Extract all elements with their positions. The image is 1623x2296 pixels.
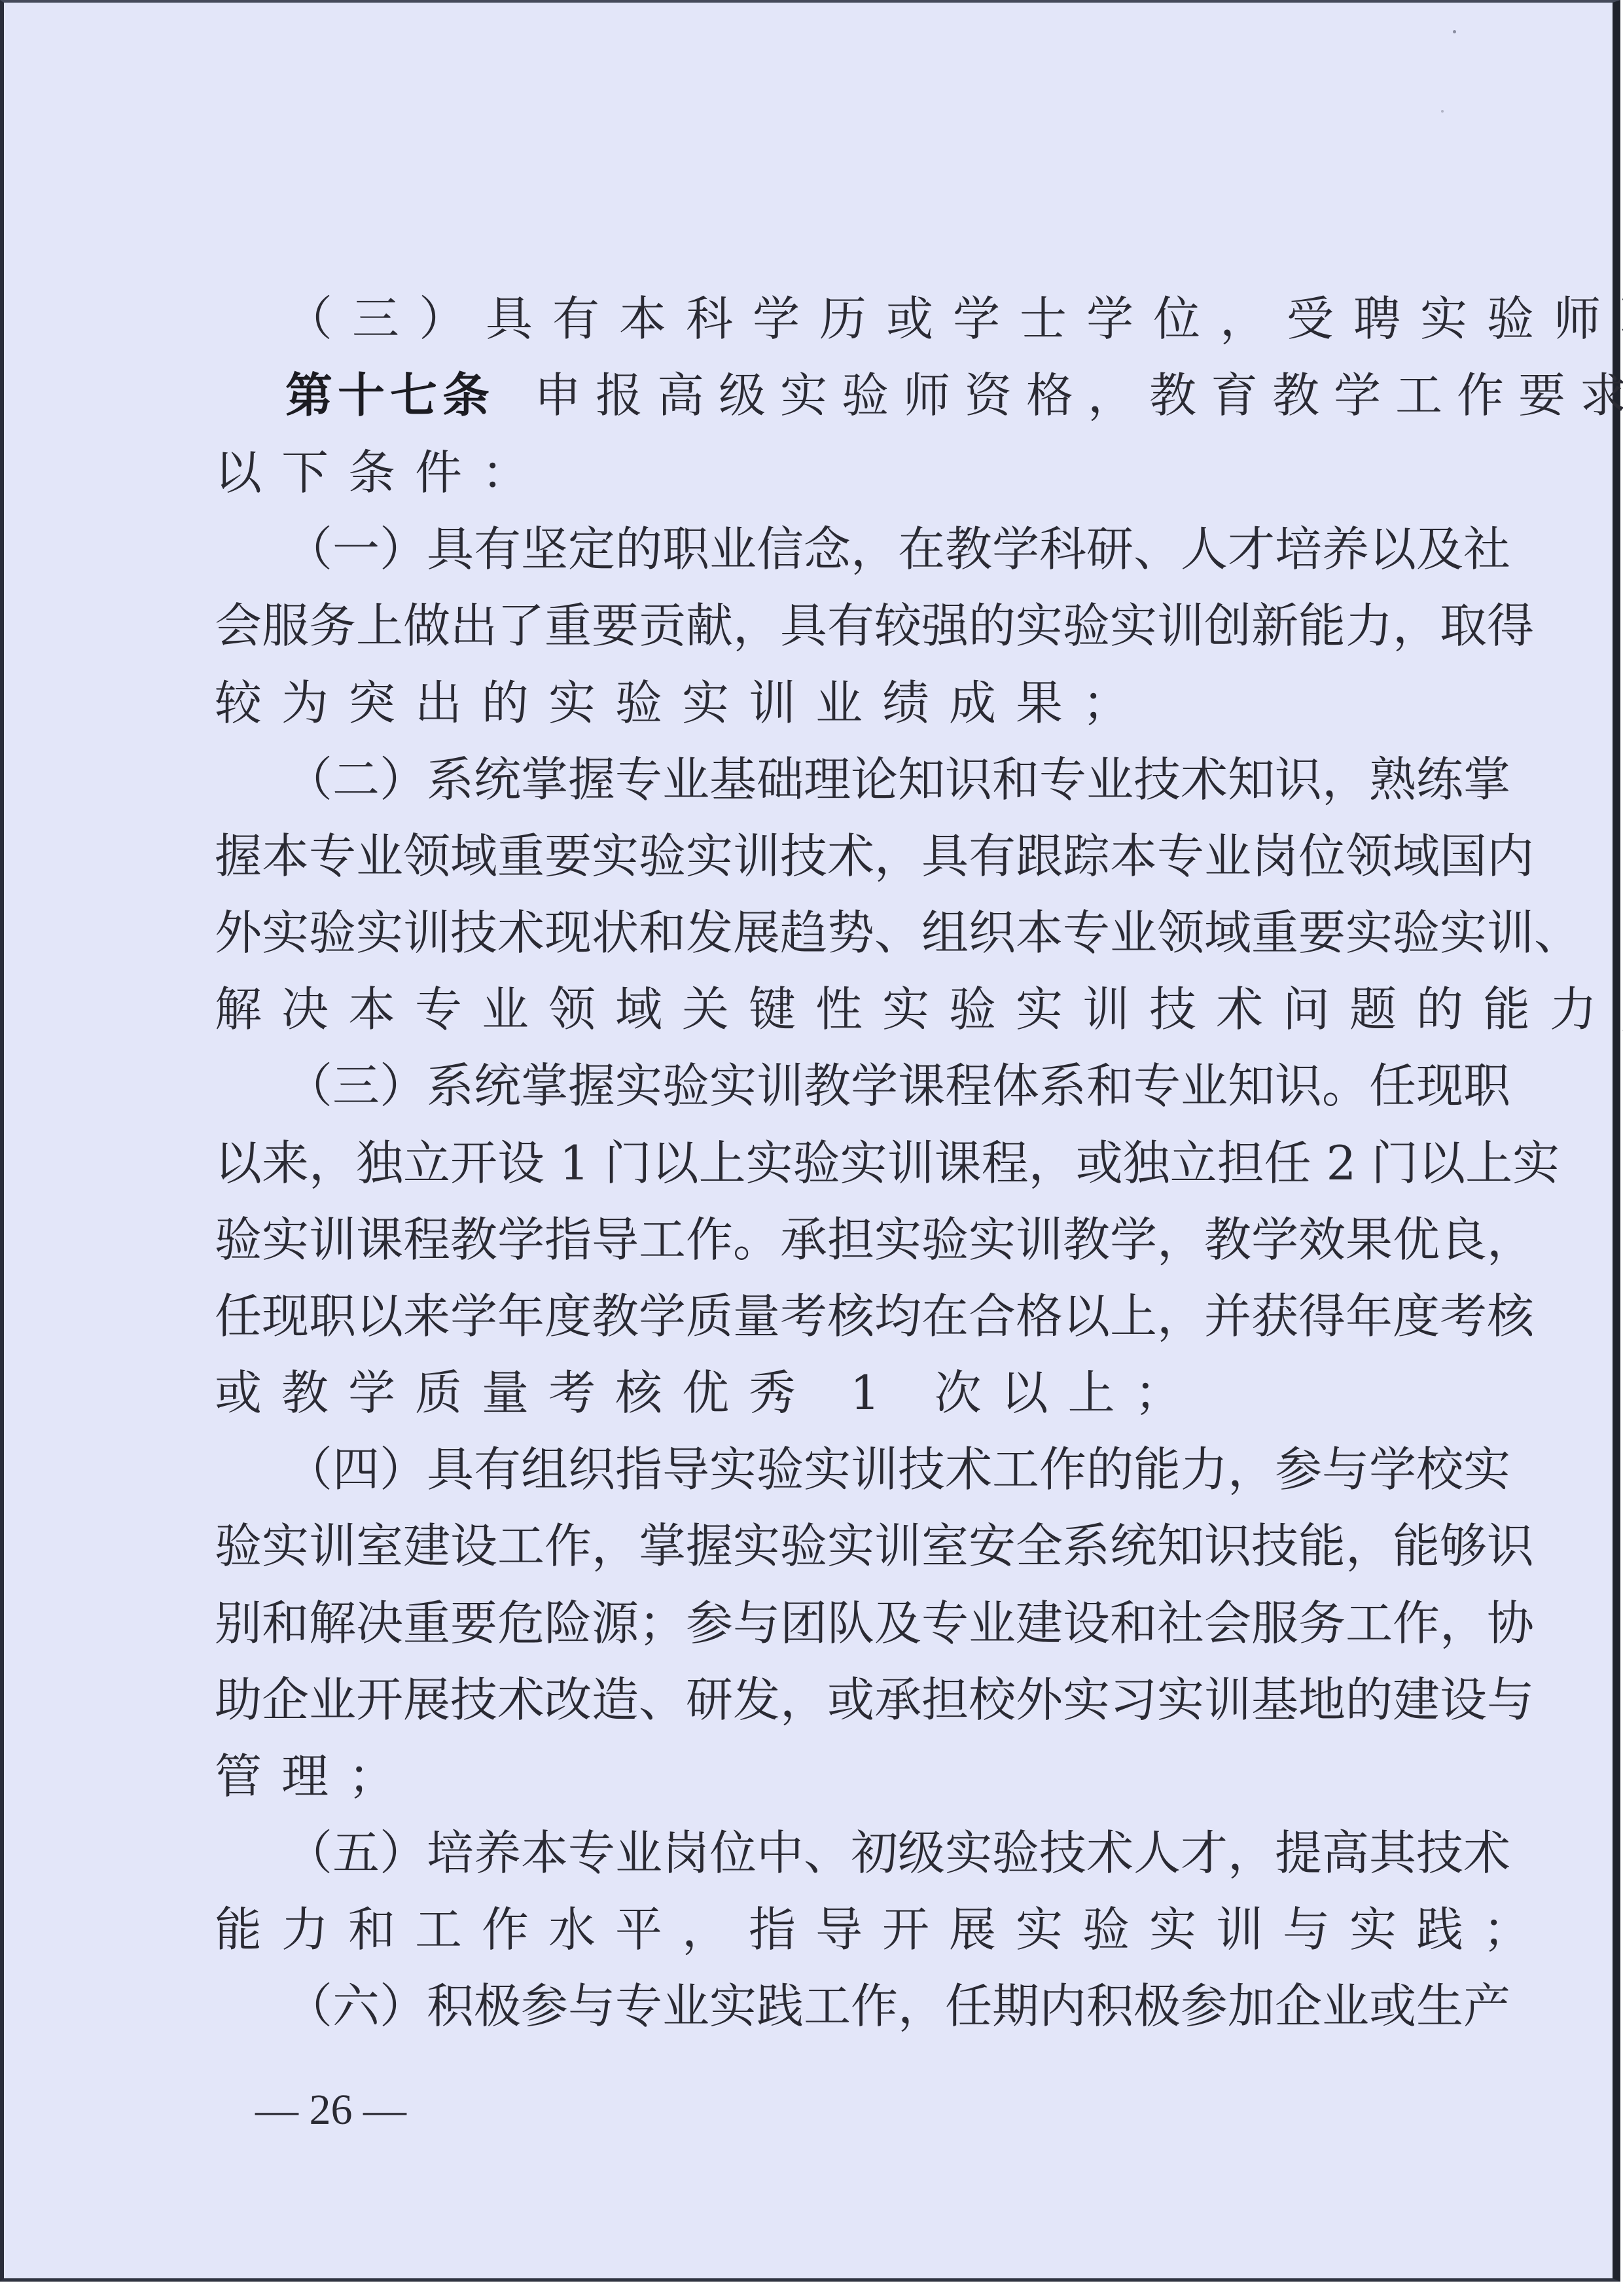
line-text: （二）系统掌握专业基础理论知识和专业技术知识，熟练掌 <box>285 752 1510 807</box>
item-3-line-2: 以来，独立开设 1 门以上实验实训课程，或独立担任 2 门以上实 <box>215 1125 1412 1201</box>
paragraph-line-3: 以下条件： <box>215 435 1412 511</box>
item-4-line-1: （四）具有组织指导实验实训技术工作的能力，参与学校实 <box>285 1431 1412 1507</box>
line-text: 会服务上做出了重要贡献，具有较强的实验实训创新能力，取得 <box>215 598 1534 653</box>
article-label: 第十七条 <box>285 367 495 423</box>
item-5-line-2: 能力和工作水平，指导开展实验实训与实践； <box>215 1892 1412 1967</box>
item-2-line-1: （二）系统掌握专业基础理论知识和专业技术知识，熟练掌 <box>285 742 1412 817</box>
item-2-line-2: 握本专业领域重要实验实训技术，具有跟踪本专业岗位领域国内 <box>215 818 1412 894</box>
line-text: （三）系统掌握实验实训教学课程体系和专业知识。任现职 <box>285 1058 1510 1113</box>
item-1-line-1: （一）具有坚定的职业信念，在教学科研、人才培养以及社 <box>285 511 1412 587</box>
scan-speck <box>1441 110 1444 113</box>
line-text: （一）具有坚定的职业信念，在教学科研、人才培养以及社 <box>285 522 1510 577</box>
item-2-line-4: 解决本专业领域关键性实验实训技术问题的能力； <box>215 971 1412 1047</box>
line-text: 以下条件： <box>215 445 548 500</box>
line-text: （六）积极参与专业实践工作，任期内积极参加企业或生产 <box>285 1979 1510 2034</box>
item-4-line-3: 别和解决重要危险源；参与团队及专业建设和社会服务工作，协 <box>215 1585 1412 1661</box>
line-text: （四）具有组织指导实验实训技术工作的能力，参与学校实 <box>285 1442 1510 1497</box>
line-text: 握本专业领域重要实验实训技术，具有跟踪本专业岗位领域国内 <box>215 829 1534 884</box>
line-text: 别和解决重要危险源；参与团队及专业建设和社会服务工作，协 <box>215 1596 1534 1651</box>
scan-speck <box>1453 30 1456 33</box>
item-3-line-5: 或教学质量考核优秀 1 次以上； <box>215 1355 1412 1431</box>
line-text: 任现职以来学年度教学质量考核均在合格以上，并获得年度考核 <box>215 1289 1534 1344</box>
line-text: 验实训课程教学指导工作。承担实验实训教学，教学效果优良， <box>215 1212 1534 1267</box>
item-5-line-1: （五）培养本专业岗位中、初级实验技术人才，提高其技术 <box>285 1815 1412 1891</box>
line-text: （五）培养本专业岗位中、初级实验技术人才，提高其技术 <box>285 1825 1510 1880</box>
document-page: （三）具有本科学历或学士学位，受聘实验师职务满 6 年。 第十七条申报高级实验师… <box>0 0 1620 2282</box>
item-4-line-5: 管理； <box>215 1738 1412 1814</box>
line-text: 或教学质量考核优秀 1 次以上； <box>215 1365 1202 1420</box>
line-text: （三）具有本科学历或学士学位，受聘实验师职务满 6 年。 <box>285 291 1623 346</box>
item-2-line-3: 外实验实训技术现状和发展趋势、组织本专业领域重要实验实训、 <box>215 895 1412 971</box>
item-4-line-2: 验实训室建设工作，掌握实验实训室安全系统知识技能，能够识 <box>215 1508 1412 1584</box>
line-text: 能力和工作水平，指导开展实验实训与实践； <box>215 1902 1550 1957</box>
item-3-line-1: （三）系统掌握实验实训教学课程体系和专业知识。任现职 <box>285 1048 1412 1124</box>
paragraph-line-1: （三）具有本科学历或学士学位，受聘实验师职务满 6 年。 <box>285 281 1483 357</box>
article-17-heading-line: 第十七条申报高级实验师资格，教育教学工作要求应符合 <box>285 357 1412 433</box>
line-text: 以来，独立开设 1 门以上实验实训课程，或独立担任 2 门以上实 <box>215 1136 1560 1191</box>
line-text: 外实验实训技术现状和发展趋势、组织本专业领域重要实验实训、 <box>215 905 1581 960</box>
article-text: 申报高级实验师资格，教育教学工作要求应符合 <box>534 368 1623 423</box>
line-text: 较为突出的实验实训业绩成果； <box>215 675 1149 730</box>
page-number: — 26 — <box>255 2077 406 2143</box>
item-6-line-1: （六）积极参与专业实践工作，任期内积极参加企业或生产 <box>285 1968 1412 2044</box>
item-1-line-2: 会服务上做出了重要贡献，具有较强的实验实训创新能力，取得 <box>215 588 1412 664</box>
item-4-line-4: 助企业开展技术改造、研发，或承担校外实习实训基地的建设与 <box>215 1662 1412 1738</box>
item-3-line-4: 任现职以来学年度教学质量考核均在合格以上，并获得年度考核 <box>215 1278 1412 1354</box>
item-1-line-3: 较为突出的实验实训业绩成果； <box>215 665 1412 741</box>
line-text: 解决本专业领域关键性实验实训技术问题的能力； <box>215 982 1623 1037</box>
item-3-line-3: 验实训课程教学指导工作。承担实验实训教学，教学效果优良， <box>215 1202 1412 1278</box>
line-text: 验实训室建设工作，掌握实验实训室安全系统知识技能，能够识 <box>215 1518 1534 1573</box>
line-text: 助企业开展技术改造、研发，或承担校外实习实训基地的建设与 <box>215 1672 1534 1727</box>
line-text: 管理； <box>215 1749 415 1804</box>
